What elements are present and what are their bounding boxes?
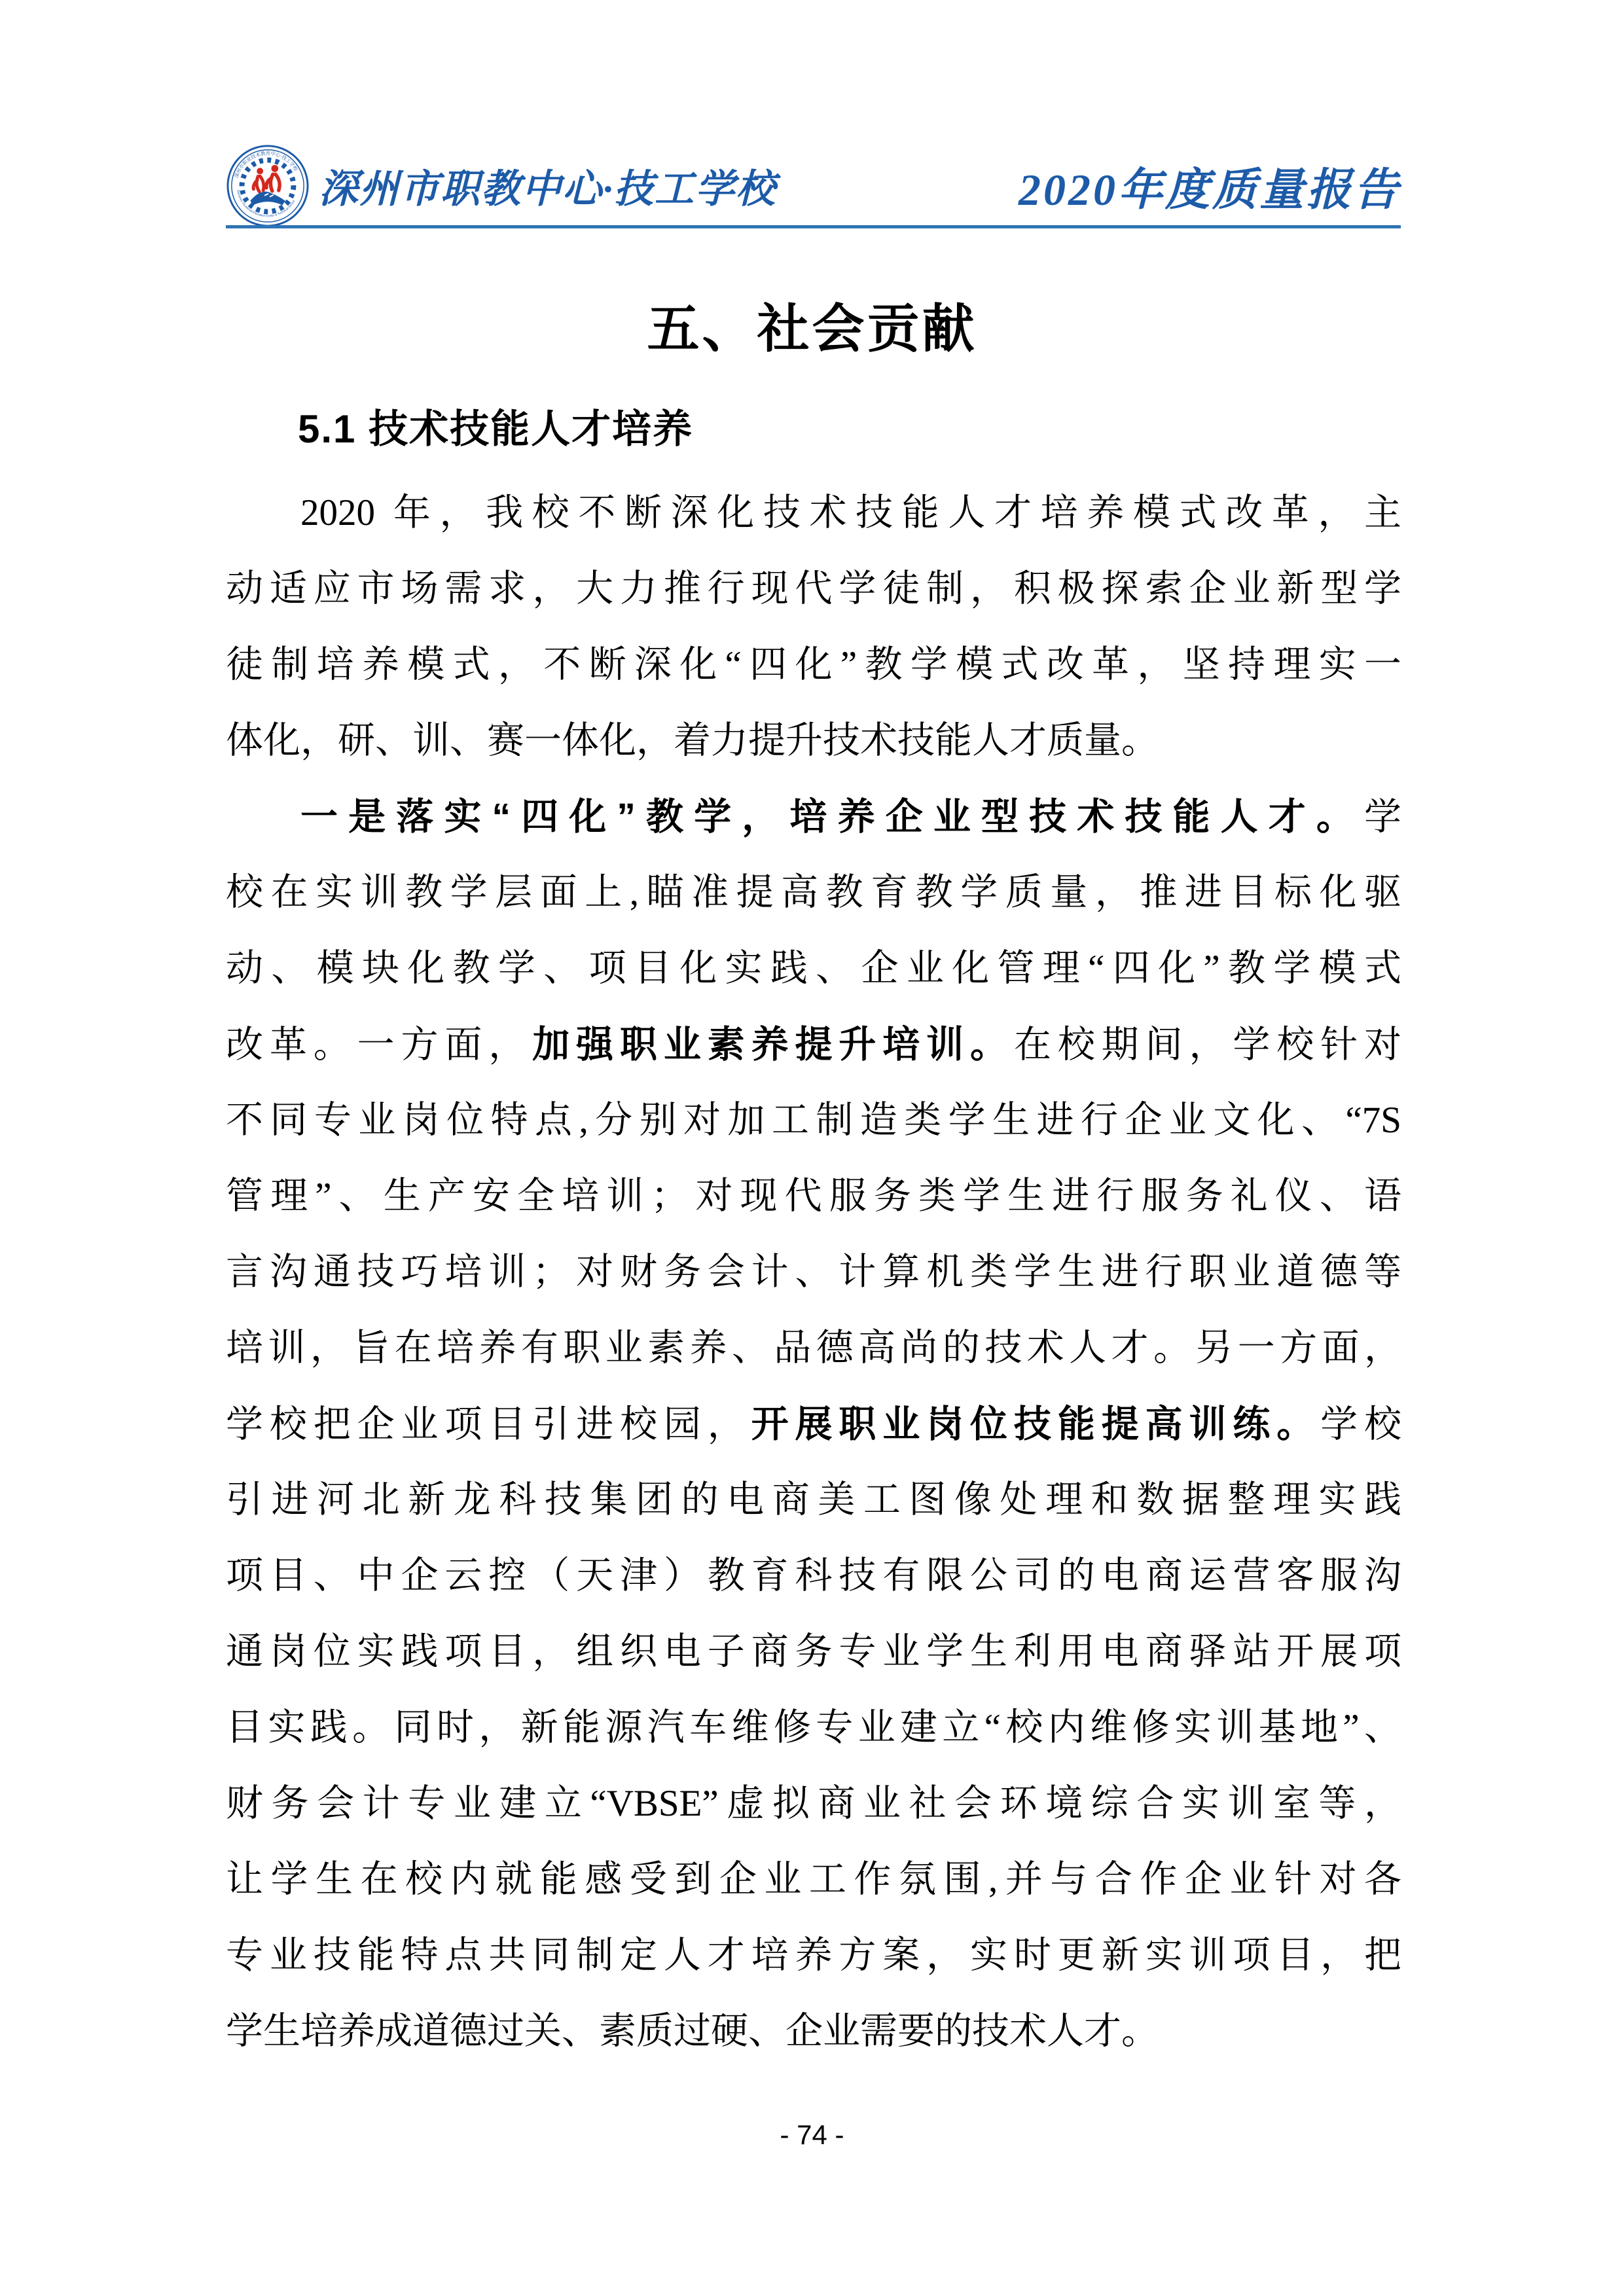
body-text-segment: 体化，研、训、赛一体化，着力提升技术技能人才质量。 <box>226 720 1159 761</box>
body-text: 2020 年，我校不断深化技术技能人才培养模式改革，主动适应市场需求，大力推行现… <box>226 475 1401 2070</box>
body-line: 改革。一方面，加强职业素养提升培训。在校期间，学校针对 <box>226 1007 1401 1083</box>
body-text-segment: 项目、中企云控（天津）教育科技有限公司的电商运营客服沟 <box>226 1555 1401 1596</box>
body-text-bold-segment: 加强职业素养提升培训。 <box>532 1024 1014 1066</box>
page-header: 深州市职业技术教育中心·技工学校 Shenzhou Vocational Edu… <box>226 145 1401 226</box>
body-line: 学校把企业项目引进校园，开展职业岗位技能提高训练。学校 <box>226 1386 1401 1462</box>
body-text-segment: 财务会计专业建立“VBSE”虚拟商业社会环境综合实训室等， <box>226 1783 1401 1824</box>
body-text-segment: 2020 年，我校不断深化技术技能人才培养模式改革，主 <box>300 492 1401 533</box>
body-text-segment: 培训，旨在培养有职业素养、品德高尚的技术人才。另一方面， <box>226 1327 1401 1369</box>
body-text-segment: 学生培养成道德过关、素质过硬、企业需要的技术人才。 <box>226 2011 1159 2052</box>
body-line: 不同专业岗位特点,分别对加工制造类学生进行企业文化、“7S <box>226 1083 1401 1158</box>
body-line: 言沟通技巧培训；对财务会计、计算机类学生进行职业道德等 <box>226 1234 1401 1310</box>
body-text-segment: 动适应市场需求，大力推行现代学徒制，积极探索企业新型学 <box>226 568 1401 609</box>
body-line: 让学生在校内就能感受到企业工作氛围,并与合作企业针对各 <box>226 1842 1401 1918</box>
school-logo-icon: 深州市职业技术教育中心·技工学校 Shenzhou Vocational Edu… <box>226 144 310 228</box>
body-line: 一是落实“四化”教学，培养企业型技术技能人才。学 <box>226 779 1401 855</box>
body-text-bold-segment: 一是落实“四化”教学，培养企业型技术技能人才。 <box>300 796 1364 838</box>
body-line: 动、模块化教学、项目化实践、企业化管理“四化”教学模式 <box>226 931 1401 1007</box>
body-line: 2020 年，我校不断深化技术技能人才培养模式改革，主 <box>226 475 1401 551</box>
report-page: 深州市职业技术教育中心·技工学校 Shenzhou Vocational Edu… <box>0 0 1624 2296</box>
body-text-segment: 管理”、生产安全培训；对现代服务类学生进行服务礼仪、语 <box>226 1175 1401 1217</box>
body-text-segment: 通岗位实践项目，组织电子商务专业学生利用电商驿站开展项 <box>226 1631 1401 1672</box>
body-line: 引进河北新龙科技集团的电商美工图像处理和数据整理实践 <box>226 1462 1401 1538</box>
body-line: 项目、中企云控（天津）教育科技有限公司的电商运营客服沟 <box>226 1538 1401 1614</box>
body-text-segment: 改革。一方面， <box>226 1024 532 1066</box>
body-text-segment: 不同专业岗位特点,分别对加工制造类学生进行企业文化、“7S <box>226 1100 1401 1141</box>
header-left: 深州市职业技术教育中心·技工学校 Shenzhou Vocational Edu… <box>226 144 776 228</box>
body-line: 徒制培养模式，不断深化“四化”教学模式改革，坚持理实一 <box>226 627 1401 703</box>
report-title: 2020年度质量报告 <box>1019 154 1401 218</box>
body-text-segment: 引进河北新龙科技集团的电商美工图像处理和数据整理实践 <box>226 1479 1401 1520</box>
body-line: 学生培养成道德过关、素质过硬、企业需要的技术人才。 <box>226 1994 1401 2070</box>
body-text-segment: 让学生在校内就能感受到企业工作氛围,并与合作企业针对各 <box>226 1859 1401 1900</box>
body-line: 通岗位实践项目，组织电子商务专业学生利用电商驿站开展项 <box>226 1614 1401 1690</box>
body-line: 管理”、生产安全培训；对现代服务类学生进行服务礼仪、语 <box>226 1158 1401 1234</box>
body-text-segment: 校在实训教学层面上,瞄准提高教育教学质量，推进目标化驱 <box>226 872 1401 913</box>
body-text-segment: 专业技能特点共同制定人才培养方案，实时更新实训项目，把 <box>226 1935 1401 1976</box>
body-line: 动适应市场需求，大力推行现代学徒制，积极探索企业新型学 <box>226 551 1401 627</box>
page-title: 五、社会贡献 <box>0 287 1624 362</box>
body-line: 体化，研、训、赛一体化，着力提升技术技能人才质量。 <box>226 703 1401 779</box>
body-text-segment: 在校期间，学校针对 <box>1014 1024 1401 1066</box>
body-text-segment: 动、模块化教学、项目化实践、企业化管理“四化”教学模式 <box>226 948 1401 989</box>
body-text-segment: 学 <box>1364 797 1401 838</box>
header-divider <box>226 225 1401 228</box>
body-text-segment: 徒制培养模式，不断深化“四化”教学模式改革，坚持理实一 <box>226 644 1401 685</box>
body-line: 财务会计专业建立“VBSE”虚拟商业社会环境综合实训室等， <box>226 1766 1401 1842</box>
school-name: 深州市职教中心·技工学校 <box>319 158 776 214</box>
body-text-segment: 目实践。同时，新能源汽车维修专业建立“校内维修实训基地”、 <box>226 1707 1401 1748</box>
section-heading: 5.1 技术技能人才培养 <box>298 398 693 454</box>
body-line: 培训，旨在培养有职业素养、品德高尚的技术人才。另一方面， <box>226 1310 1401 1386</box>
body-line: 目实践。同时，新能源汽车维修专业建立“校内维修实训基地”、 <box>226 1690 1401 1766</box>
body-text-segment: 学校 <box>1320 1404 1401 1445</box>
body-text-segment: 学校把企业项目引进校园， <box>226 1404 751 1445</box>
page-footer: - 74 - <box>0 2119 1624 2151</box>
body-text-segment: 言沟通技巧培训；对财务会计、计算机类学生进行职业道德等 <box>226 1251 1401 1293</box>
body-line: 校在实训教学层面上,瞄准提高教育教学质量，推进目标化驱 <box>226 855 1401 931</box>
body-text-bold-segment: 开展职业岗位技能提高训练。 <box>751 1403 1321 1445</box>
body-line: 专业技能特点共同制定人才培养方案，实时更新实训项目，把 <box>226 1918 1401 1994</box>
page-number: - 74 - <box>780 2119 844 2150</box>
